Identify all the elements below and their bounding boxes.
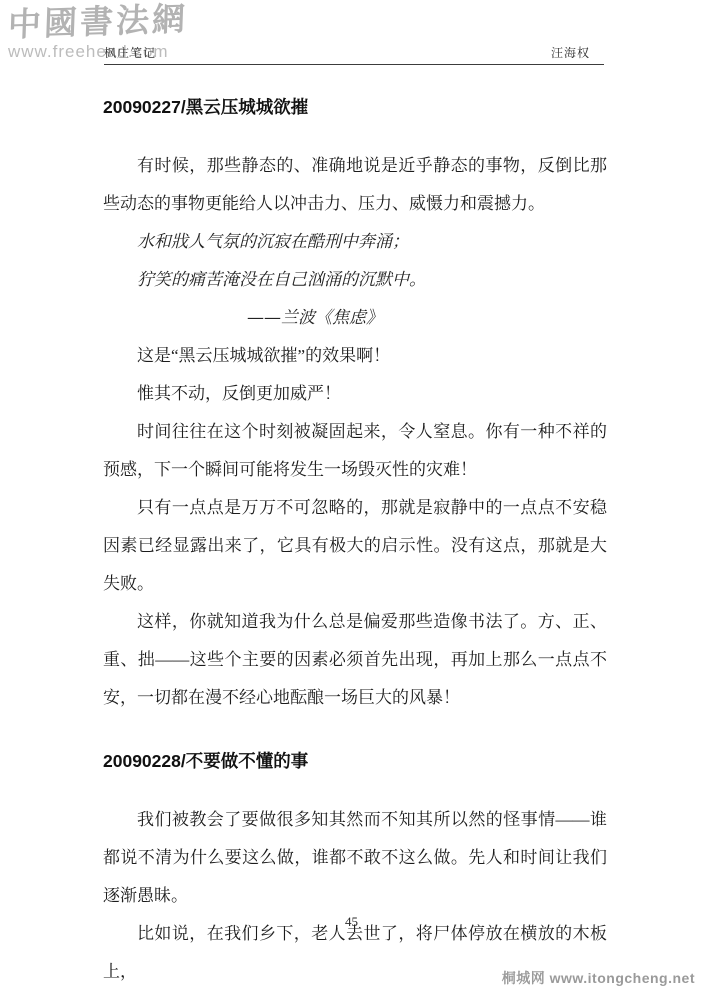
quote-line-1: 水和戕人气氛的沉寂在酷刑中奔涌；: [103, 223, 607, 261]
paragraph: 惟其不动，反倒更加威严！: [103, 375, 607, 413]
brand-logo-text: 中國書法網: [7, 1, 188, 44]
quote-attribution: ——兰波《焦虑》: [103, 299, 607, 337]
paragraph: 只有一点点是万万不可忽略的，那就是寂静中的一点点不安稳因素已经显露出来了，它具有…: [103, 489, 607, 603]
paragraph: 时间往往在这个时刻被凝固起来，令人窒息。你有一种不祥的预感，下一个瞬间可能将发生…: [103, 413, 607, 489]
quote-line-2: 狞笑的痛苦淹没在自己汹涌的沉默中。: [103, 261, 607, 299]
paragraph: 我们被教会了要做很多知其然而不知其所以然的怪事情——谁都说不清为什么要这么做，谁…: [103, 801, 607, 915]
paragraph: 有时候，那些静态的、准确地说是近乎静态的事物，反倒比那些动态的事物更能给人以冲击…: [103, 147, 607, 223]
section-title-1: 20090227/黑云压城城欲摧: [103, 95, 607, 119]
page-number: 45: [0, 914, 703, 930]
paragraph: 这样，你就知道我为什么总是偏爱那些造像书法了。方、正、重、拙——这些个主要的因素…: [103, 603, 607, 717]
article-body: 20090227/黑云压城城欲摧 有时候，那些静态的、准确地说是近乎静态的事物，…: [103, 95, 607, 991]
header-author-name: 汪海权: [551, 44, 604, 61]
header-book-title: 枫庄笔记: [104, 44, 156, 61]
paragraph: 这是“黑云压城城欲摧”的效果啊！: [103, 337, 607, 375]
section-title-2: 20090228/不要做不懂的事: [103, 749, 607, 773]
page-header: 枫庄笔记 汪海权: [104, 44, 604, 65]
